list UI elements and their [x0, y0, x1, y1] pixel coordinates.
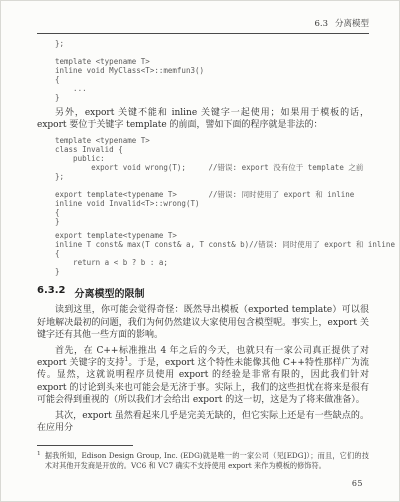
- running-header: 6.3 分离模型: [37, 17, 369, 34]
- subsection-number: 6.3.2: [37, 285, 65, 300]
- footnote: 1 据我所知，Edison Design Group, Inc. (EDG)就是…: [37, 445, 369, 471]
- code-block-invalid-export: template <typename T> class Invalid { pu…: [55, 136, 369, 226]
- footnote-separator: [37, 445, 133, 446]
- book-page: 6.3 分离模型 }; template <typename T> inline…: [0, 0, 400, 502]
- page-number: 65: [352, 479, 363, 488]
- footnote-text: 据我所知，Edison Design Group, Inc. (EDG)就是唯一…: [45, 451, 369, 471]
- footnote-body: 1 据我所知，Edison Design Group, Inc. (EDG)就是…: [37, 451, 369, 471]
- subsection-title: 分离模型的限制: [74, 285, 144, 300]
- code-block-memfun3: }; template <typename T> inline void MyC…: [55, 39, 369, 102]
- code-block-max-export: export template<typename T> inline T con…: [55, 231, 369, 276]
- paragraph-export-inline-rule: 另外，export 关键不能和 inline 关键字一起使用；如果用于模板的话，…: [37, 107, 369, 131]
- header-section-number: 6.3: [314, 19, 328, 29]
- paragraph-export-support: 首先，在 C++标准推出 4 年之后的今天，也就只有一家公司真正提供了对 exp…: [37, 345, 369, 406]
- footnote-marker: 1: [37, 450, 41, 470]
- paragraph-why-inclusion-model: 读到这里，你可能会觉得奇怪：既然导出模板（exported template）可…: [37, 304, 369, 341]
- subsection-heading: 6.3.2 分离模型的限制: [37, 285, 369, 300]
- header-section-title: 分离模型: [335, 17, 369, 29]
- paragraph-export-drawbacks: 其次，export 虽然看起来几乎是完美无缺的，但它实际上还是有一些缺点的。在应…: [37, 410, 369, 434]
